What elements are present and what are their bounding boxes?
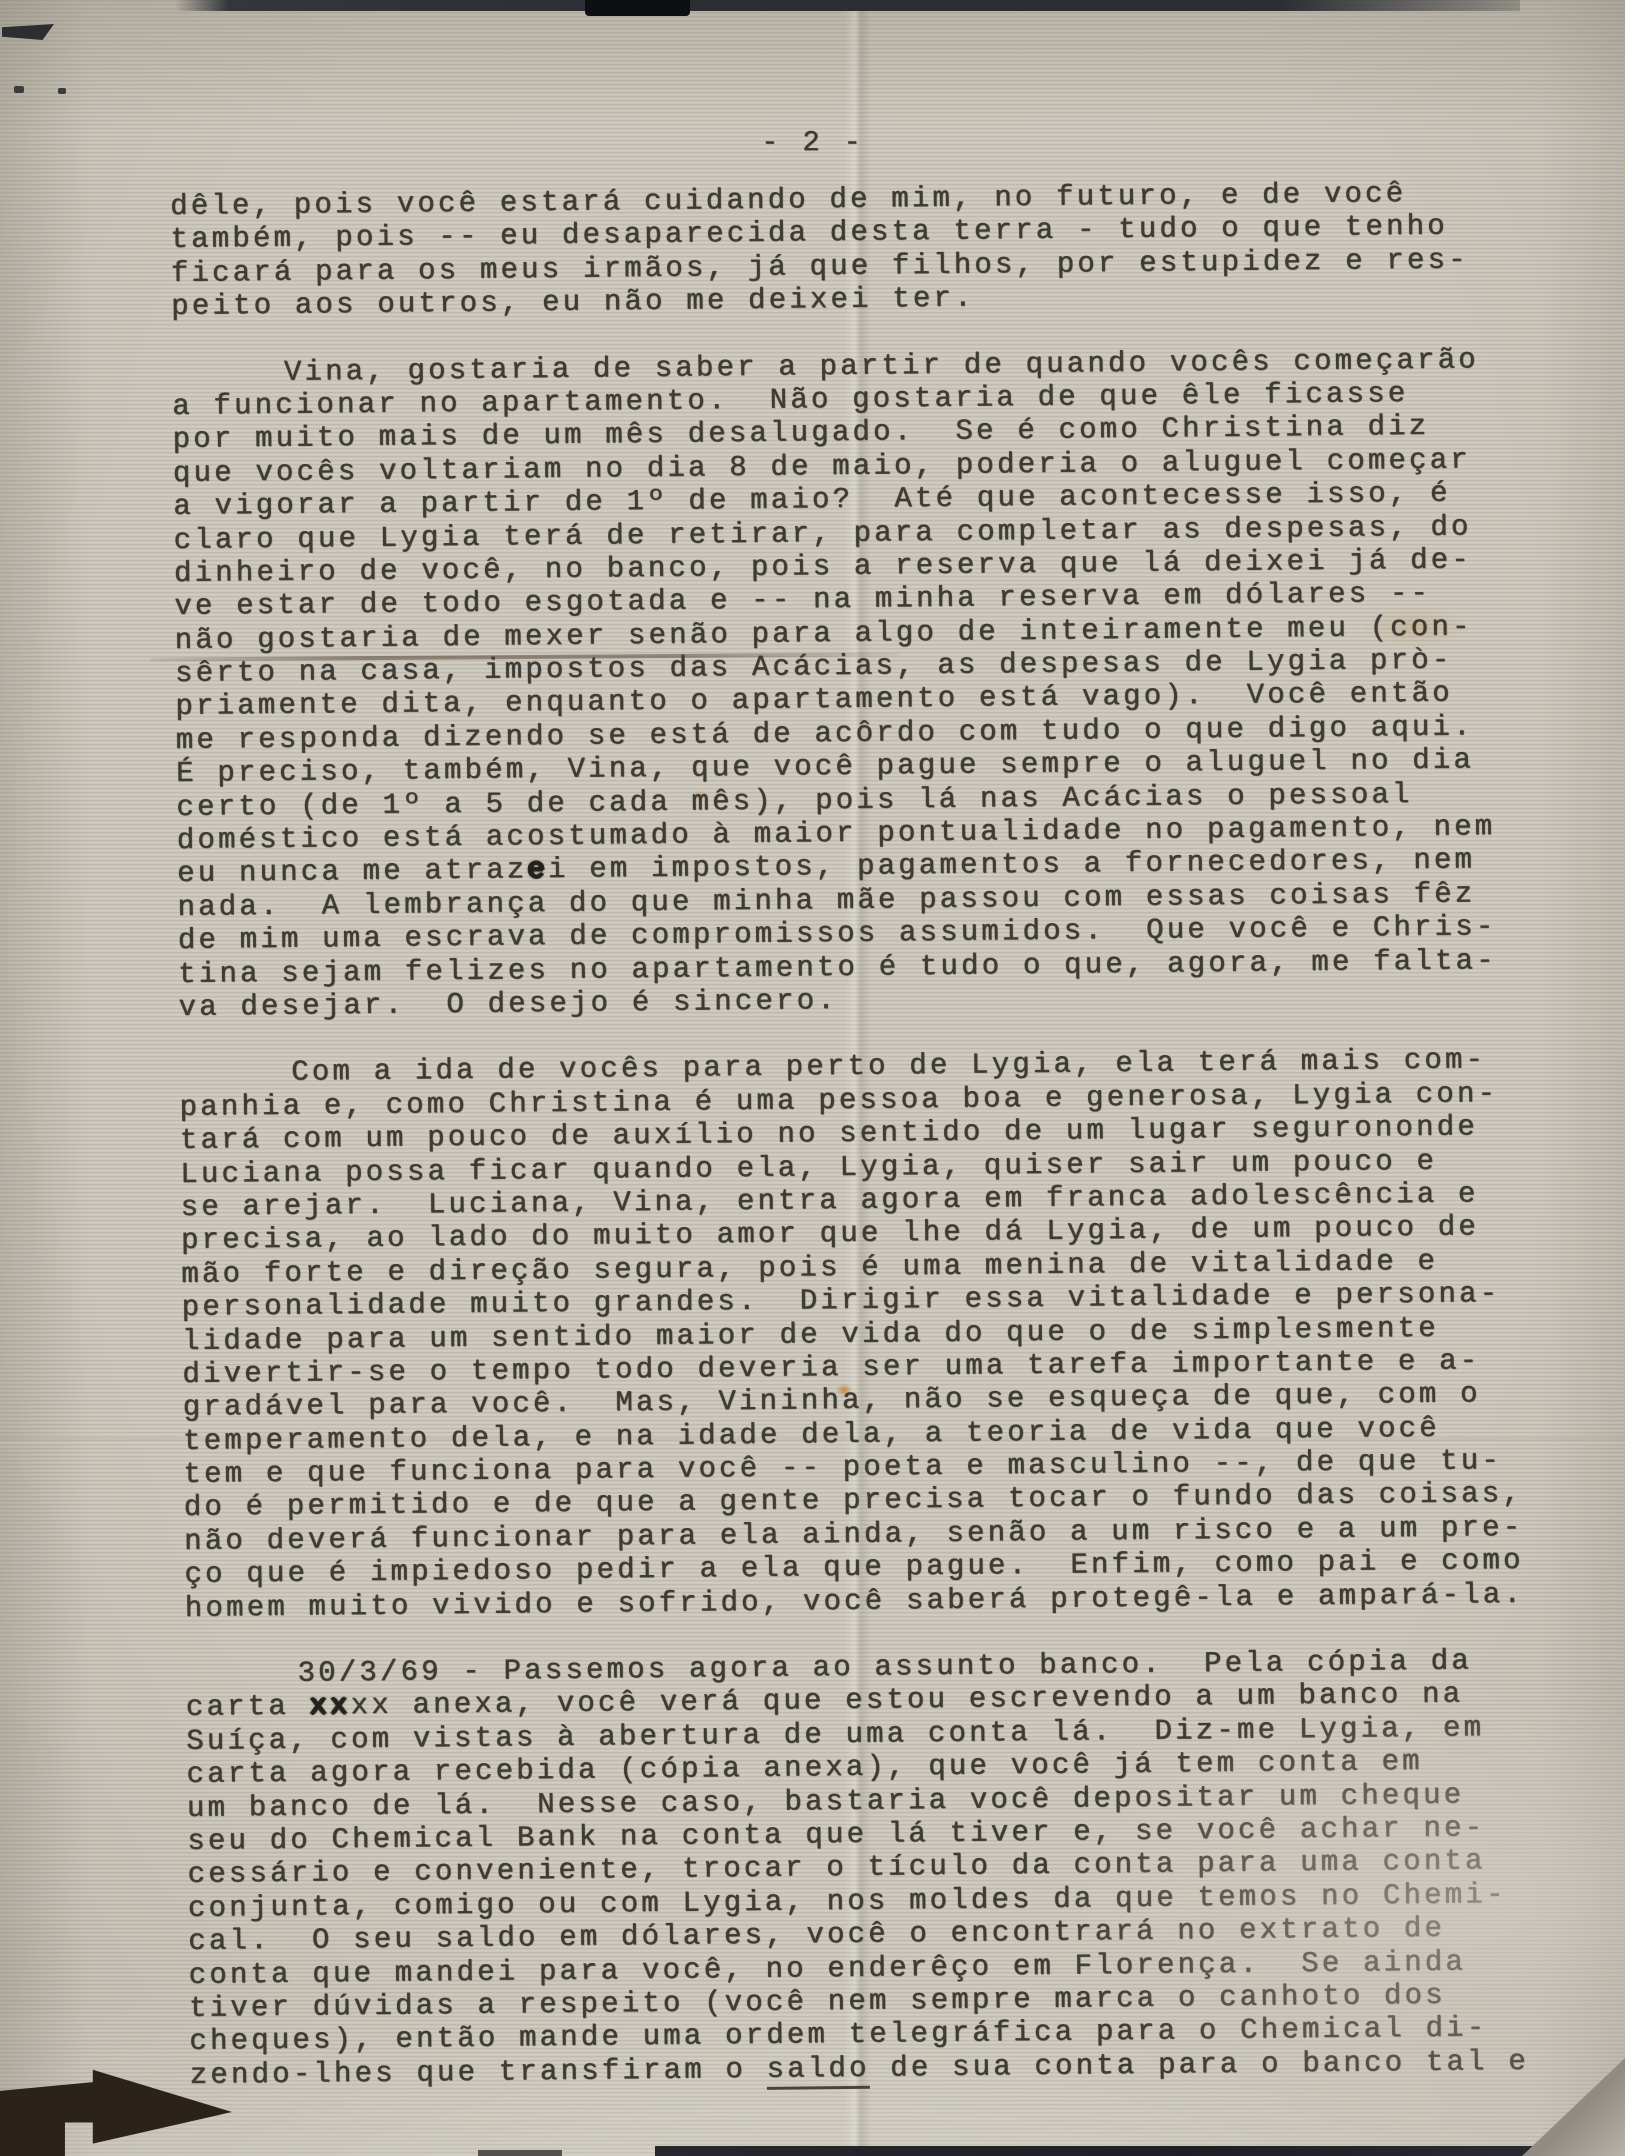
paragraph: 30/3/69 - Passemos agora ao assunto banc… (185, 1643, 1589, 2092)
ink-speck (14, 86, 24, 93)
top-edge-shadow (175, 0, 1520, 11)
paragraph: Vina, gostaria de saber a partir de quan… (172, 342, 1579, 1024)
typewriter-strikeover: e (527, 854, 548, 887)
page-number: - 2 - (0, 126, 1625, 159)
scanned-letter-screenshot: - 2 - dêle, pois você estará cuidando de… (0, 0, 1625, 2156)
bottom-edge-mark (478, 2150, 562, 2156)
letter-body: dêle, pois você estará cuidando de mim, … (170, 175, 1590, 2092)
bottom-edge-shadow (655, 2146, 1625, 2156)
ink-speck (58, 88, 66, 94)
underlined-word: saldo (766, 2051, 869, 2089)
typewriter-strikeover: xx (309, 1690, 351, 1723)
paragraph: dêle, pois você estará cuidando de mim, … (170, 175, 1571, 323)
top-edge-dark-blob (585, 0, 690, 16)
paragraph: Com a ida de vocês para perto de Lygia, … (179, 1043, 1585, 1625)
